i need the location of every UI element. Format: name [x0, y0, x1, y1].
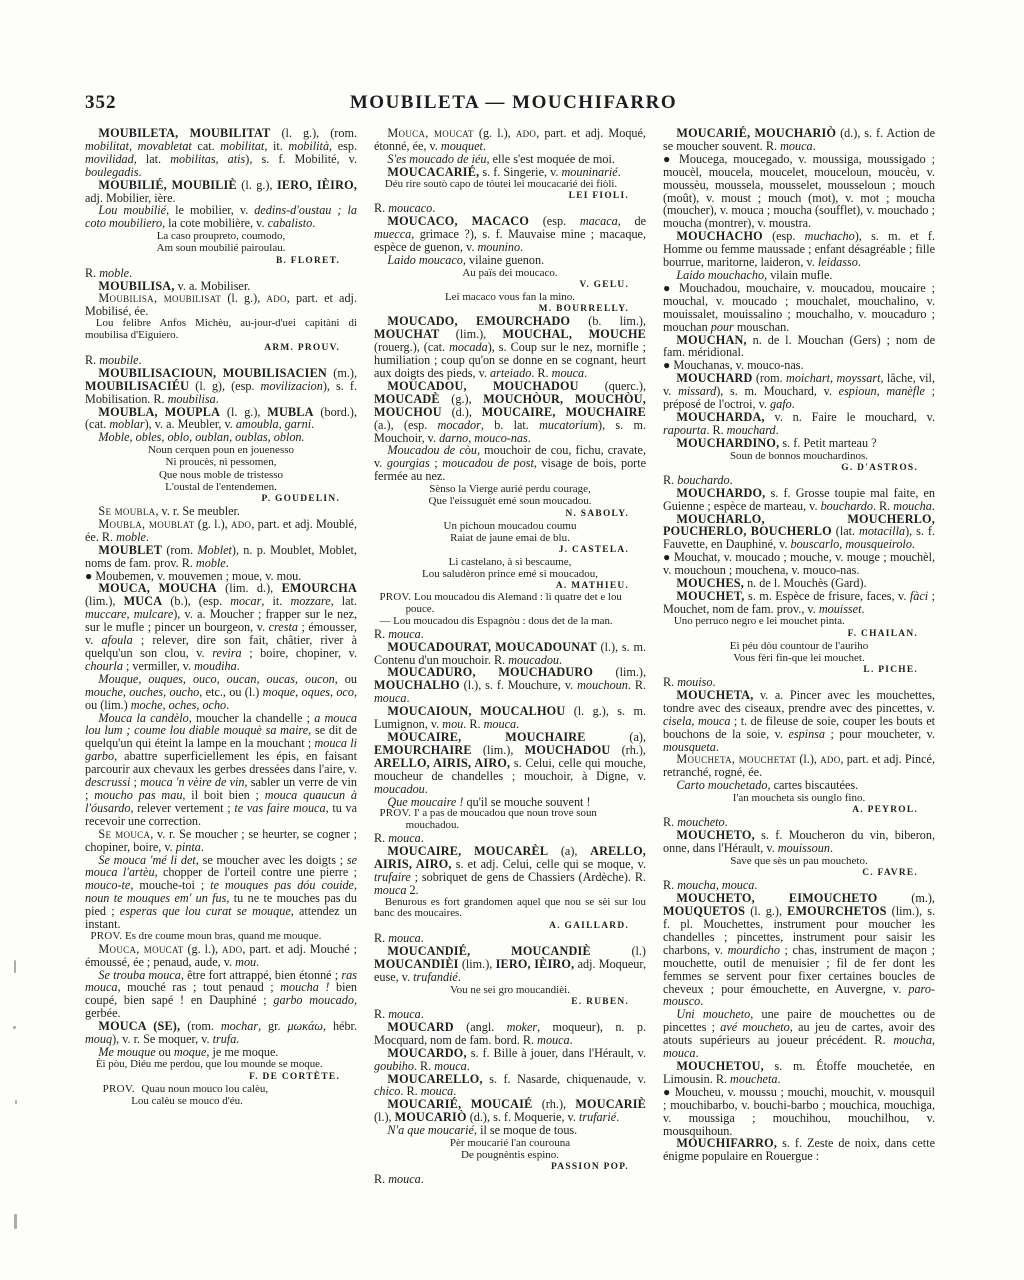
entry-paragraph: MOUCAIRE, MOUCHAIRE (a), EMOURCHAIRE (li…: [374, 731, 646, 796]
verse: Noun cerquen poun en jouenessoNi proucès…: [85, 444, 357, 493]
entry-paragraph: MOUCHETA, v. a. Pincer avec les mouchett…: [663, 689, 935, 754]
verse: Vou ne sei gro moucandièi.: [374, 984, 646, 996]
entry-paragraph: Se trouba mouca, être fort attrappé, bie…: [85, 969, 357, 1021]
paragraph: R. mouca.: [374, 1173, 646, 1186]
entry-paragraph: MOUCHACHO (esp. muchacho), s. m. et f. H…: [663, 230, 935, 269]
entry-paragraph: Se mouca, v. r. Se moucher ; se heurter,…: [85, 828, 357, 854]
scan-artifact: [15, 1100, 17, 1104]
entry-paragraph: MOUCARELLO, s. f. Nasarde, chiquenaude, …: [374, 1073, 646, 1099]
entry-paragraph: Moble, obles, oblo, oublan, oublas, oblo…: [85, 431, 357, 444]
proverb-verse: PROV.Quau noun mouco lou calèu,Lou calèu…: [85, 1083, 357, 1107]
entry-paragraph: Mouca, moucat (g. l.), ado, part. et adj…: [374, 127, 646, 153]
proverb: PROV. I' a pas de moucadou que noun trov…: [374, 808, 646, 832]
paragraph: ● Mouchadou, mouchaire, v. moucadou, mou…: [663, 282, 935, 334]
entry-paragraph: Mouca la candèlo, moucher la chandelle ;…: [85, 712, 357, 828]
scan-artifact: [14, 1214, 17, 1229]
verse: Au païs dei moucaco.: [374, 267, 646, 279]
entry-paragraph: MOUCA, MOUCHA (lim. d.), EMOURCHA (lim.)…: [85, 582, 357, 672]
text-columns: MOUBILETA, MOUBILITAT (l. g.), (rom. mob…: [85, 127, 942, 1186]
verse: Save que sès un pau moucheto.: [663, 855, 935, 867]
entry-paragraph: MOUCADO, EMOURCHADO (b. lim.), MOUCHAT (…: [374, 315, 646, 380]
entry-paragraph: MOUBILISACIOUN, MOUBILISACIEN (m.), MOUB…: [85, 367, 357, 406]
entry-paragraph: Mouca, moucat (g. l.), ado, part. et adj…: [85, 943, 357, 969]
citation: Lou felibre Anfos Michèu, au-jour-d'uei …: [85, 318, 357, 342]
verse: Soun de bonnos mouchardinos.: [663, 450, 935, 462]
entry-paragraph: MOUCAIOUN, MOUCALHOU (l. g.), s. m. Lumi…: [374, 705, 646, 731]
entry-paragraph: MOUCHARDO, s. f. Grosse toupie mal faite…: [663, 487, 935, 513]
paragraph: ● Moucega, moucegado, v. moussiga, mouss…: [663, 153, 935, 230]
entry-paragraph: Carto mouchetado, cartes biscautées.: [663, 779, 935, 792]
verse: Ei péu dòu countour de l'aurihoVous fèri…: [663, 640, 935, 664]
entry-paragraph: MOUCHARDINO, s. f. Petit marteau ?: [663, 437, 935, 450]
attribution: F. CHAILAN.: [663, 628, 935, 640]
entry-paragraph: Moubla, moublat (g. l.), ado, part. et a…: [85, 518, 357, 544]
entry-paragraph: MOUBLET (rom. Moblet), n. p. Moublet, Mo…: [85, 544, 357, 570]
entry-paragraph: Me mouque ou moque, je me moque.: [85, 1046, 357, 1059]
paragraph: ● Moucheu, v. moussu ; mouchi, mouchit, …: [663, 1086, 935, 1138]
entry-paragraph: MOUCHETO, EIMOUCHETO (m.), MOUQUETOS (l.…: [663, 892, 935, 1008]
column-2: Mouca, moucat (g. l.), ado, part. et adj…: [374, 127, 646, 1186]
attribution: V. GELU.: [374, 279, 646, 291]
column-1: MOUBILETA, MOUBILITAT (l. g.), (rom. mob…: [85, 127, 357, 1186]
entry-paragraph: Uni moucheto, une paire de mouchettes ou…: [663, 1008, 935, 1060]
attribution: N. SABOLY.: [374, 508, 646, 520]
entry-paragraph: MOUCACARIÉ, s. f. Singerie, v. mouninari…: [374, 166, 646, 179]
entry-paragraph: MOUCA (SE), (rom. mochar, gr. μωκάω, héb…: [85, 1020, 357, 1046]
entry-paragraph: MOUCHAN, n. de l. Mouchan (Gers) ; nom d…: [663, 334, 935, 360]
entry-paragraph: MOUCHARLO, MOUCHERLO, POUCHERLO, BOUCHER…: [663, 513, 935, 552]
proverb: PROV. Lou moucadou dis Alemand : li quat…: [374, 592, 646, 616]
verse: Sènso la Vierge aurié perdu courage,Que …: [374, 483, 646, 507]
entry-paragraph: MOUCANDIÉ, MOUCANDIÈ (l.) MOUCANDIÈI (li…: [374, 945, 646, 984]
verse: La caso proupreto, coumodo,Am soun moubi…: [85, 230, 357, 254]
entry-paragraph: N'a que moucarié, il se moque de tous.: [374, 1124, 646, 1137]
entry-paragraph: Moubilisa, moubilisat (l. g.), ado, part…: [85, 292, 357, 318]
verse: Lei macaco vous fan la mino.: [374, 291, 646, 303]
scan-artifact: [14, 960, 16, 973]
attribution: J. CASTELA.: [374, 544, 646, 556]
entry-paragraph: MOUCACO, MACACO (esp. macaca, de muecca,…: [374, 215, 646, 254]
entry-paragraph: Moucadou de còu, mouchoir de cou, fichu,…: [374, 444, 646, 483]
verse: Li castelano, à si bescaume,Lou saludèro…: [374, 556, 646, 580]
verse: Pèr moucarié l'an courounaDe pougnèntis …: [374, 1137, 646, 1161]
entry-paragraph: Lou moubilié, le mobilier, v. dedins-d'o…: [85, 204, 357, 230]
attribution: F. DE CORTÈTE.: [85, 1071, 357, 1083]
entry-paragraph: MOUBLA, MOUPLA (l. g.), MUBLA (bord.), (…: [85, 406, 357, 432]
entry-paragraph: MOUCARIÉ, MOUCAIÉ (rh.), MOUCARIÈ (l.), …: [374, 1098, 646, 1124]
entry-paragraph: MOUCHARD (rom. moichart, moyssart, lâche…: [663, 372, 935, 411]
entry-paragraph: Se mouca 'mé li det, se moucher avec les…: [85, 854, 357, 931]
entry-paragraph: Laido moucaco, vilaine guenon.: [374, 254, 646, 267]
entry-paragraph: MOUCADURO, MOUCHADURO (lim.), MOUCHALHO …: [374, 666, 646, 705]
entry-paragraph: MOUCHETO, s. f. Moucheron du vin, bibero…: [663, 829, 935, 855]
entry-paragraph: MOUCAIRE, MOUCARÈL (a), ARELLO, AIRIS, A…: [374, 845, 646, 897]
column-3: MOUCARIÉ, MOUCHARIÒ (d.), s. f. Action d…: [663, 127, 935, 1186]
entry-paragraph: MOUCADOURAT, MOUCADOUNAT (l.), s. m. Con…: [374, 641, 646, 667]
entry-paragraph: MOUCHARDA, v. n. Faire le mouchard, v. r…: [663, 411, 935, 437]
entry-paragraph: MOUCHET, s. m. Espèce de frisure, faces,…: [663, 590, 935, 616]
scan-artifact: [13, 1026, 16, 1029]
verse: I'an moucheta sis ounglo fino.: [663, 792, 935, 804]
citation: Benurous es fort grandomen aquel que nou…: [374, 897, 646, 921]
entry-paragraph: MOUCADOU, MOUCHADOU (querc.), MOUCADÈ (g…: [374, 380, 646, 445]
entry-paragraph: MOUBILETA, MOUBILITAT (l. g.), (rom. mob…: [85, 127, 357, 179]
entry-paragraph: MOUBILIÉ, MOUBILIÈ (l. g.), IERO, IÈIRO,…: [85, 179, 357, 205]
citation: Èi pòu, Diéu me perdou, que lou mounde s…: [85, 1059, 357, 1071]
entry-paragraph: MOUCARDO, s. f. Bille à jouer, dans l'Hé…: [374, 1047, 646, 1073]
entry-paragraph: Moucheta, mouchetat (l.), ado, part. et …: [663, 753, 935, 779]
entry-paragraph: MOUCARD (angl. moker, moqueur), n. p. Mo…: [374, 1021, 646, 1047]
entry-paragraph: MOUCHETOU, s. m. Étoffe mouchetée, en Li…: [663, 1060, 935, 1086]
citation: Uno perruco negro e lei mouchet pinta.: [663, 616, 935, 628]
dictionary-page: 352 MOUBILETA — MOUCHIFARRO MOUBILETA, M…: [0, 0, 1024, 1280]
page-header: 352 MOUBILETA — MOUCHIFARRO: [85, 92, 942, 118]
entry-paragraph: MOUCARIÉ, MOUCHARIÒ (d.), s. f. Action d…: [663, 127, 935, 153]
citation: Déu rire soutò capo de tóutei lei moucac…: [374, 179, 646, 191]
entry-paragraph: Mouque, ouques, ouco, oucan, oucas, ouco…: [85, 673, 357, 712]
entry-paragraph: MOUCHIFARRO, s. f. Zeste de noix, dans c…: [663, 1137, 935, 1163]
entry-paragraph: Laido mouchacho, vilain mufle.: [663, 269, 935, 282]
paragraph: ● Mouchat, v. moucado ; mouche, v. mouge…: [663, 551, 935, 577]
verse: Un pichoun moucadou coumuRaiat de jaune …: [374, 520, 646, 544]
running-title: MOUBILETA — MOUCHIFARRO: [85, 92, 942, 114]
